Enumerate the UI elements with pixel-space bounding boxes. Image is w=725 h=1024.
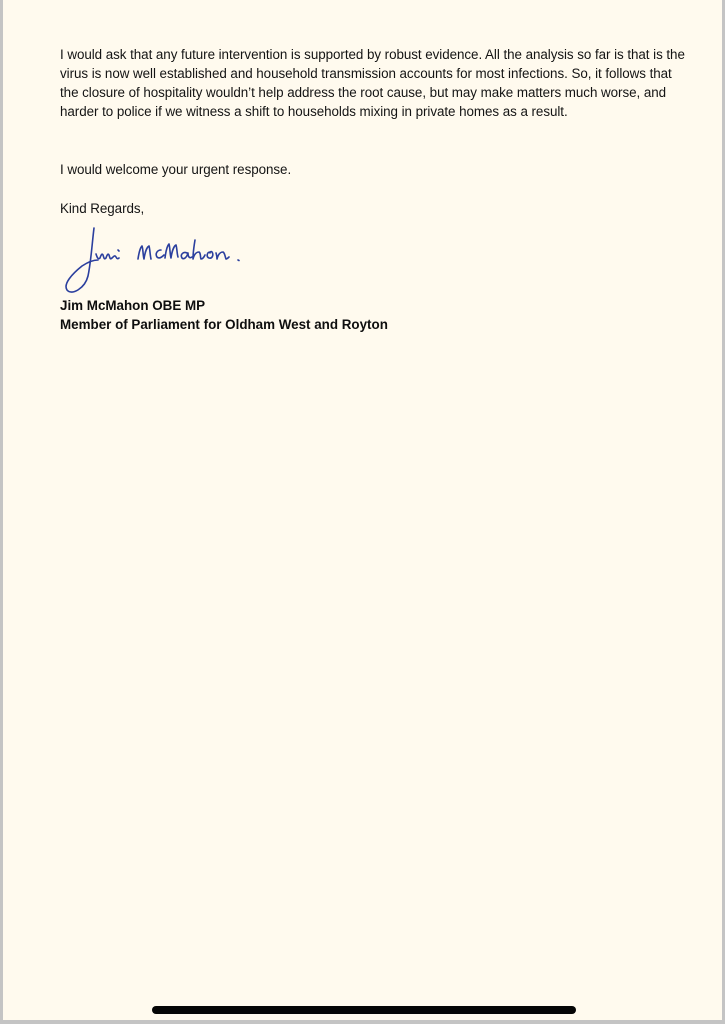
handwritten-signature <box>58 224 288 296</box>
letter-paragraph-response: I would welcome your urgent response. <box>60 160 291 179</box>
letter-closing: Kind Regards, <box>60 199 144 218</box>
letter-paragraph-evidence: I would ask that any future intervention… <box>60 45 690 121</box>
home-indicator-bar[interactable] <box>152 1006 576 1014</box>
letter-page: I would ask that any future intervention… <box>3 0 722 1020</box>
signatory-title: Member of Parliament for Oldham West and… <box>60 315 388 334</box>
signatory-name: Jim McMahon OBE MP <box>60 296 388 315</box>
signatory-block: Jim McMahon OBE MP Member of Parliament … <box>60 296 388 334</box>
